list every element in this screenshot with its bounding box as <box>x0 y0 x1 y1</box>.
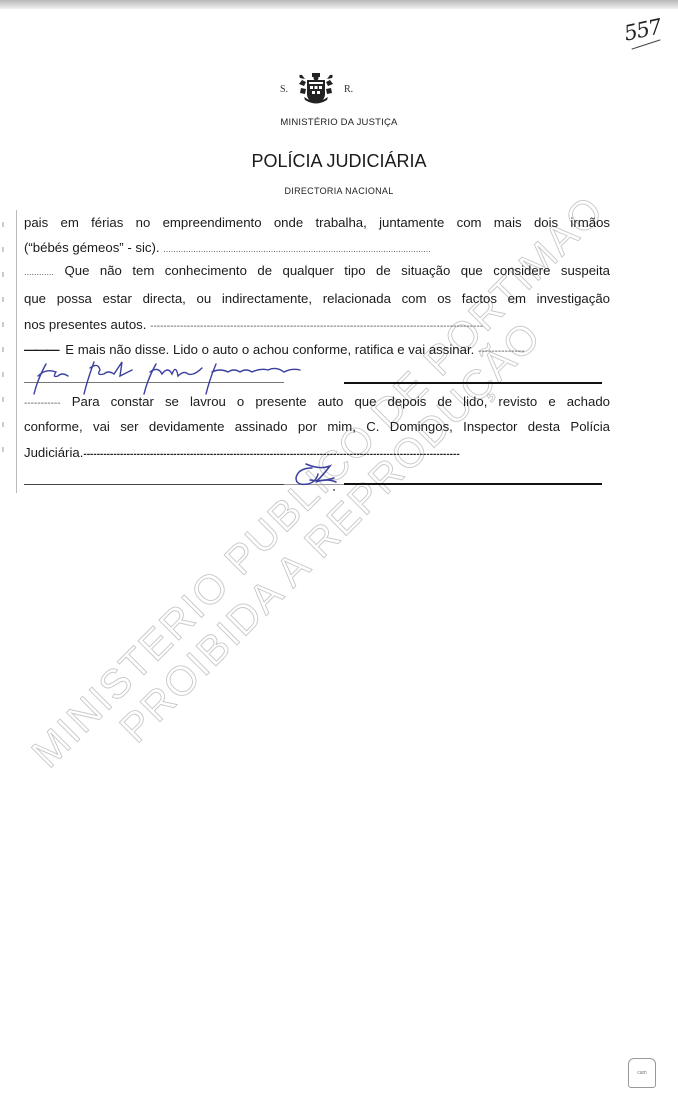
inspector-signature-line-right <box>344 483 602 485</box>
text-run: Que não tem conhecimento de qualquer tip… <box>64 263 610 278</box>
text-run: nos presentes autos. <box>24 318 146 332</box>
filler-dashes: ----------------------------------------… <box>83 449 459 460</box>
agency-name: POLÍCIA JUDICIÁRIA <box>0 151 678 172</box>
filler-dashes: ----------- <box>24 398 61 409</box>
crest-left-initial: S. <box>280 84 288 95</box>
body-line-4: que possa estar directa, ou indirectamen… <box>24 292 610 305</box>
text-run: (“bébés gémeos” - sic). <box>24 240 160 255</box>
scanner-stamp: cam <box>628 1058 656 1088</box>
witness-signature <box>28 358 308 398</box>
ministry-name: MINISTÉRIO DA JUSTIÇA <box>0 117 678 128</box>
left-margin-rule <box>16 210 17 493</box>
filler-dashes: ----------------------------------------… <box>150 321 483 332</box>
body-line-2: (“bébés gémeos” - sic). ................… <box>24 241 610 254</box>
body-line-9: Judiciária.-----------------------------… <box>24 446 610 460</box>
filler-dots: ........................................… <box>163 244 431 254</box>
filler-dashes: ——— <box>24 342 58 357</box>
body-line-3: ............ Que não tem conhecimento de… <box>24 264 610 277</box>
body-line-7: ----------- Para constar se lavrou o pre… <box>24 395 610 409</box>
text-run: que possa estar directa, ou indirectamen… <box>24 291 610 306</box>
text-run: Para constar se lavrou o presente auto q… <box>72 394 610 409</box>
filler-dashes: -------------- <box>478 346 525 357</box>
body-line-1: pais em férias no empreendimento onde tr… <box>24 216 610 229</box>
body-line-8: conforme, vai ser devidamente assinado p… <box>24 420 610 433</box>
inspector-signature-line-left <box>24 484 284 485</box>
text-run: Judiciária. <box>24 446 83 460</box>
witness-signature-line-right <box>344 382 602 384</box>
body-line-5: nos presentes autos. -------------------… <box>24 318 610 332</box>
text-run: E mais não disse. Lido o auto o achou co… <box>65 342 474 357</box>
text-run: pais em férias no empreendimento onde tr… <box>24 215 610 230</box>
text-run: conforme, vai ser devidamente assinado p… <box>24 419 610 434</box>
coat-of-arms-icon <box>296 72 336 106</box>
crest-row: S. R. <box>276 72 356 106</box>
scan-top-edge <box>0 0 678 9</box>
binding-marks <box>2 222 8 472</box>
inspector-initials <box>290 460 350 496</box>
body-line-6: ——— E mais não disse. Lido o auto o acho… <box>24 343 610 357</box>
crest-right-initial: R. <box>344 84 353 95</box>
filler-dots: ............ <box>24 267 54 277</box>
